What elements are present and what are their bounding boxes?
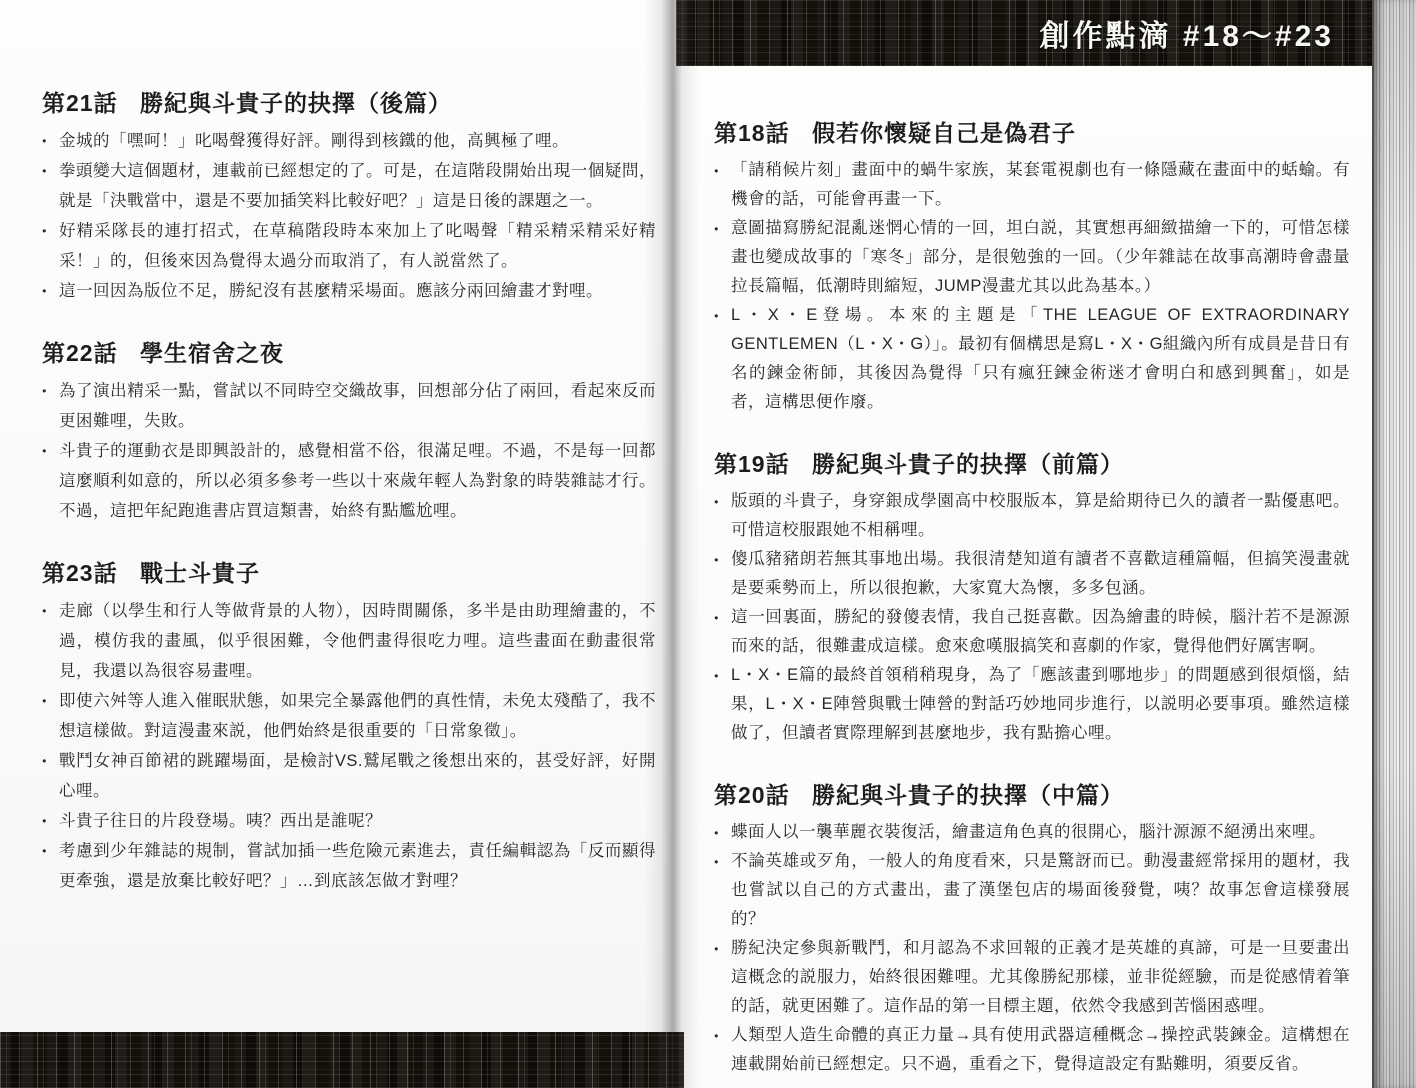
right-page-content: 第18話 假若你懷疑自己是偽君子 「請稍候片刻」畫面中的蝸牛家族，某套電視劇也有…: [714, 116, 1350, 1079]
note-item: L・X・E登場。本來的主題是「THE LEAGUE OF EXTRAORDINA…: [714, 301, 1350, 417]
note-item: 這一回因為版位不足，勝紀沒有甚麼精采場面。應該分兩回繪畫才對哩。: [42, 276, 656, 306]
note-item: 傻瓜豬豬朗若無其事地出場。我很清楚知道有讀者不喜歡這種篇幅，但搞笑漫畫就是要乘勢…: [714, 545, 1350, 603]
section-heading: 第21話 勝紀與斗貴子的抉擇（後篇）: [42, 86, 656, 120]
section-heading: 第20話 勝紀與斗貴子的抉擇（中篇）: [714, 778, 1350, 812]
episode-title: 勝紀與斗貴子的抉擇（後篇）: [140, 90, 452, 116]
note-item: 走廊（以學生和行人等做背景的人物），因時間關係，多半是由助理繪畫的，不過，模仿我…: [42, 596, 656, 686]
notes-list: 蝶面人以一襲華麗衣裝復活，繪畫這角色真的很開心，腦汁源源不絕湧出來哩。 不論英雄…: [714, 818, 1350, 1079]
section-ep23: 第23話 戰士斗貴子 走廊（以學生和行人等做背景的人物），因時間關係，多半是由助…: [42, 556, 656, 896]
note-item: 這一回裏面，勝紀的發傻表情，我自己挺喜歡。因為繪畫的時候，腦汁若不是源源而來的話…: [714, 603, 1350, 661]
episode-number: 第23話: [42, 560, 118, 586]
section-ep18: 第18話 假若你懷疑自己是偽君子 「請稍候片刻」畫面中的蝸牛家族，某套電視劇也有…: [714, 116, 1350, 417]
note-item: 為了演出精采一點，嘗試以不同時空交織故事，回想部分佔了兩回，看起來反而更困難哩，…: [42, 376, 656, 436]
episode-number: 第20話: [714, 782, 790, 808]
note-item: 考慮到少年雜誌的規制，嘗試加插一些危險元素進去，責任編輯認為「反而顯得更牽強，還…: [42, 836, 656, 896]
section-heading: 第23話 戰士斗貴子: [42, 556, 656, 590]
episode-title: 假若你懷疑自己是偽君子: [812, 120, 1076, 146]
note-item: L・X・E篇的最終首領稍稍現身，為了「應該畫到哪地步」的問題感到很煩惱，結果，L…: [714, 661, 1350, 748]
episode-number: 第22話: [42, 340, 118, 366]
note-item: 斗貴子往日的片段登場。咦？西出是誰呢？: [42, 806, 656, 836]
left-page: 第21話 勝紀與斗貴子的抉擇（後篇） 金城的「嘿呵！」叱喝聲獲得好評。剛得到核鐵…: [0, 0, 672, 1088]
note-item: 人類型人造生命體的真正力量→具有使用武器這種概念→操控武裝鍊金。這構想在連載開始…: [714, 1021, 1350, 1079]
notes-list: 走廊（以學生和行人等做背景的人物），因時間關係，多半是由助理繪畫的，不過，模仿我…: [42, 596, 656, 896]
note-item: 戰鬥女神百節裙的跳躍場面，是檢討VS.鷲尾戰之後想出來的，甚受好評，好開心哩。: [42, 746, 656, 806]
note-item: 斗貴子的運動衣是即興設計的，感覺相當不俗，很滿足哩。不過，不是每一回都這麼順利如…: [42, 436, 656, 526]
header-band: 創作點滴 #18～#23: [676, 0, 1372, 66]
notes-list: 金城的「嘿呵！」叱喝聲獲得好評。剛得到核鐵的他，高興極了哩。 拳頭變大這個題材，…: [42, 126, 656, 306]
episode-title: 學生宿舍之夜: [140, 340, 284, 366]
section-heading: 第22話 學生宿舍之夜: [42, 336, 656, 370]
note-item: 意圖描寫勝紀混亂迷惘心情的一回，坦白説，其實想再細緻描繪一下的，可惜怎樣畫也變成…: [714, 214, 1350, 301]
section-ep22: 第22話 學生宿舍之夜 為了演出精采一點，嘗試以不同時空交織故事，回想部分佔了兩…: [42, 336, 656, 526]
note-item: 不論英雄或歹角，一般人的角度看來，只是驚訝而已。動漫畫經常採用的題材，我也嘗試以…: [714, 847, 1350, 934]
note-item: 「請稍候片刻」畫面中的蝸牛家族，某套電視劇也有一條隱藏在畫面中的蛞蝓。有機會的話…: [714, 156, 1350, 214]
section-ep20: 第20話 勝紀與斗貴子的抉擇（中篇） 蝶面人以一襲華麗衣裝復活，繪畫這角色真的很…: [714, 778, 1350, 1079]
section-ep19: 第19話 勝紀與斗貴子的抉擇（前篇） 版頭的斗貴子，身穿銀成學園高中校服版本，算…: [714, 447, 1350, 748]
page-header-title: 創作點滴 #18～#23: [1040, 11, 1334, 55]
episode-number: 第21話: [42, 90, 118, 116]
book-spread: 第21話 勝紀與斗貴子的抉擇（後篇） 金城的「嘿呵！」叱喝聲獲得好評。剛得到核鐵…: [0, 0, 1416, 1088]
bottom-texture-band: [0, 1032, 684, 1088]
episode-number: 第19話: [714, 451, 790, 477]
note-item: 版頭的斗貴子，身穿銀成學園高中校服版本，算是給期待已久的讀者一點優惠吧。可惜這校…: [714, 487, 1350, 545]
note-item: 蝶面人以一襲華麗衣裝復活，繪畫這角色真的很開心，腦汁源源不絕湧出來哩。: [714, 818, 1350, 847]
section-ep21: 第21話 勝紀與斗貴子的抉擇（後篇） 金城的「嘿呵！」叱喝聲獲得好評。剛得到核鐵…: [42, 86, 656, 306]
episode-title: 勝紀與斗貴子的抉擇（前篇）: [812, 451, 1124, 477]
note-item: 金城的「嘿呵！」叱喝聲獲得好評。剛得到核鐵的他，高興極了哩。: [42, 126, 656, 156]
episode-title: 戰士斗貴子: [140, 560, 260, 586]
note-item: 即使六舛等人進入催眠狀態，如果完全暴露他們的真性情，未免太殘酷了，我不想這樣做。…: [42, 686, 656, 746]
episode-title: 勝紀與斗貴子的抉擇（中篇）: [812, 782, 1124, 808]
note-item: 拳頭變大這個題材，連載前已經想定的了。可是，在這階段開始出現一個疑問，就是「決戰…: [42, 156, 656, 216]
note-item: 勝紀決定參與新戰鬥，和月認為不求回報的正義才是英雄的真諦，可是一旦要畫出這概念的…: [714, 934, 1350, 1021]
episode-number: 第18話: [714, 120, 790, 146]
section-heading: 第18話 假若你懷疑自己是偽君子: [714, 116, 1350, 150]
notes-list: 版頭的斗貴子，身穿銀成學園高中校服版本，算是給期待已久的讀者一點優惠吧。可惜這校…: [714, 487, 1350, 748]
section-heading: 第19話 勝紀與斗貴子的抉擇（前篇）: [714, 447, 1350, 481]
page-edge-texture: [1372, 0, 1416, 1088]
left-page-content: 第21話 勝紀與斗貴子的抉擇（後篇） 金城的「嘿呵！」叱喝聲獲得好評。剛得到核鐵…: [42, 86, 656, 896]
right-page: 創作點滴 #18～#23 第18話 假若你懷疑自己是偽君子 「請稍候片刻」畫面中…: [672, 0, 1372, 1088]
note-item: 好精采隊長的連打招式，在草稿階段時本來加上了叱喝聲「精采精采精采好精采！」的，但…: [42, 216, 656, 276]
notes-list: 「請稍候片刻」畫面中的蝸牛家族，某套電視劇也有一條隱藏在畫面中的蛞蝓。有機會的話…: [714, 156, 1350, 417]
notes-list: 為了演出精采一點，嘗試以不同時空交織故事，回想部分佔了兩回，看起來反而更困難哩，…: [42, 376, 656, 526]
